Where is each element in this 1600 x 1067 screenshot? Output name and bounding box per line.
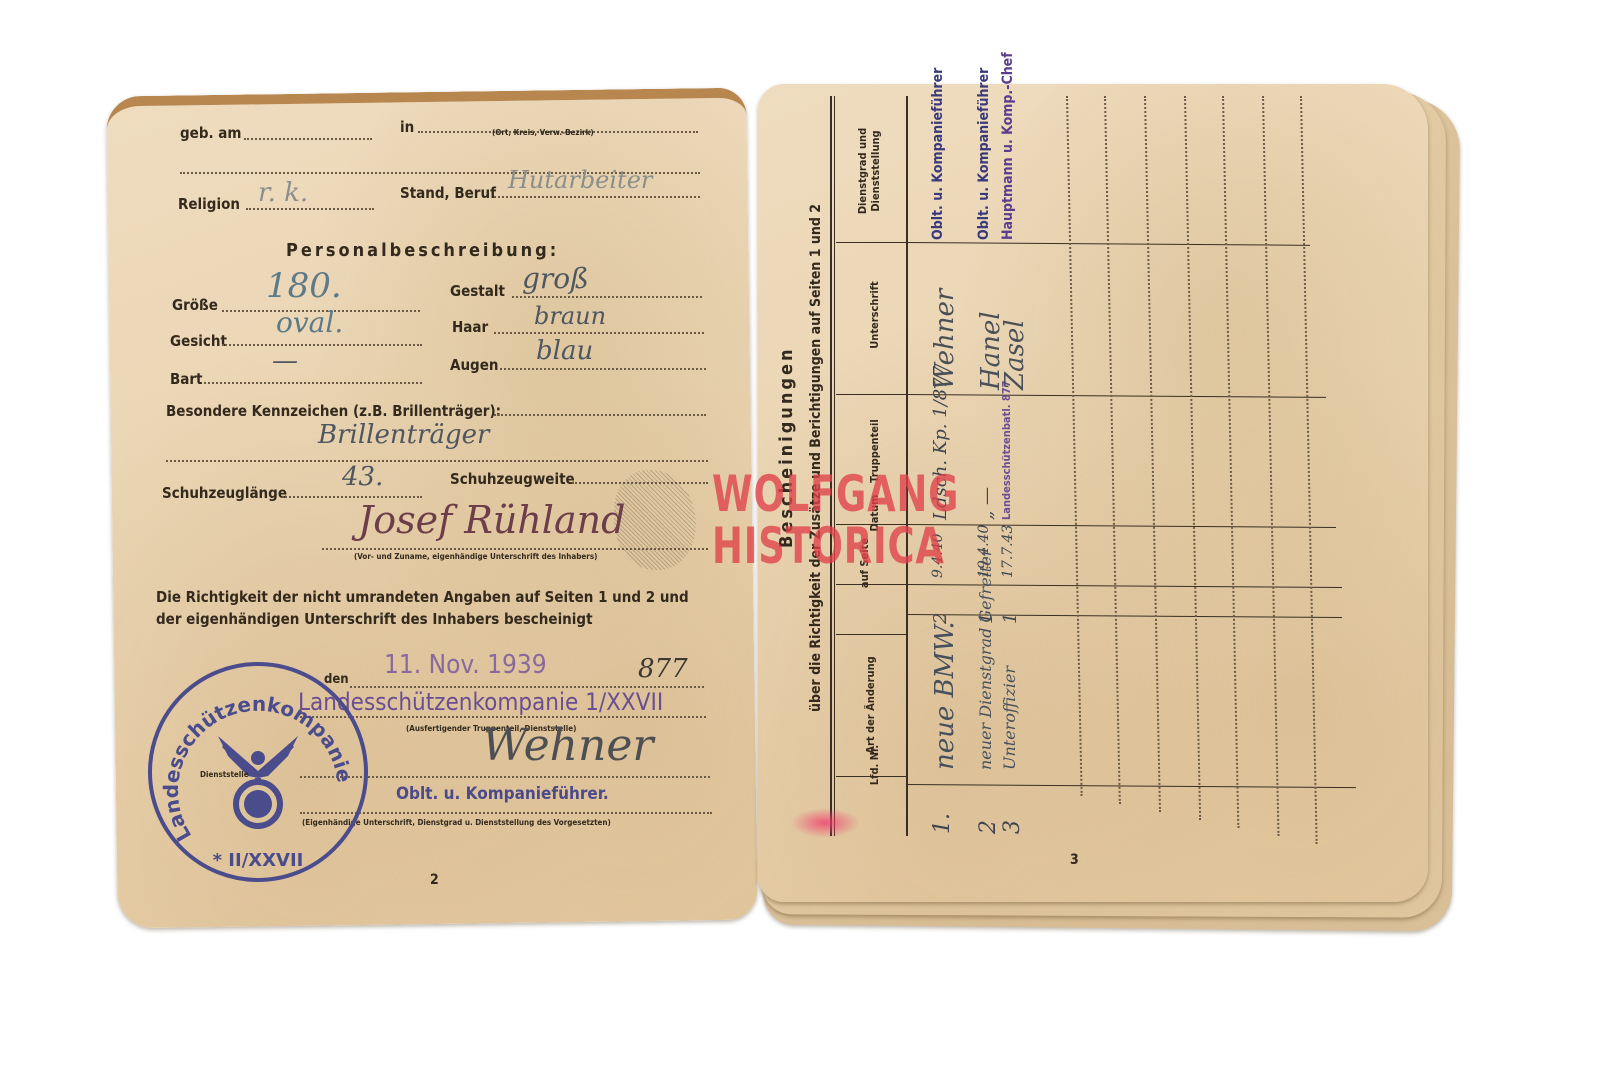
religion-line [246, 208, 374, 210]
hair-value: braun [534, 302, 606, 330]
date-stamp: 11. Nov. 1939 [384, 650, 547, 680]
row-rank: Oblt. u. Kompanieführer [976, 68, 992, 240]
column-header: Dienstgrad und Dienststellung [856, 106, 882, 236]
holder-signature-caption: (Vor- und Zuname, eigenhändige Unterschr… [354, 552, 597, 561]
header-row-divider [836, 584, 906, 585]
round-official-stamp: Landesschützenkompanie * II/XXVII Dienst… [148, 662, 368, 882]
born-on-label: geb. am [180, 124, 241, 142]
marks-label: Besondere Kennzeichen (z.B. Brillenträge… [166, 402, 501, 420]
born-on-line [244, 138, 372, 140]
row-number: 3 [1000, 820, 1025, 834]
shoe-length-value: 43. [342, 462, 383, 492]
occupation-value: Hutarbeiter [508, 166, 652, 194]
beard-value: — [272, 346, 298, 376]
holder-signature-line [322, 548, 708, 550]
stamp-center-text: Dienststelle [200, 770, 249, 779]
certification-text-1: Die Richtigkeit der nicht umrandeten Ang… [156, 588, 689, 606]
build-line [512, 296, 702, 298]
shoe-length-label: Schuhzeuglänge [162, 484, 287, 502]
watermark-line-2: HISTORICA [712, 520, 959, 572]
unit-number-handwritten: 877 [638, 654, 688, 684]
beard-label: Bart [170, 370, 203, 388]
beard-line [204, 382, 422, 384]
row-change: neue BMW. [930, 621, 960, 770]
occupation-label: Stand, Beruf [400, 184, 496, 202]
eyes-label: Augen [450, 356, 498, 374]
row-date: 19.4.40 [976, 525, 992, 578]
svg-text:* II/XXVII: * II/XXVII [213, 850, 304, 871]
marks-value: Brillenträger [318, 420, 489, 450]
height-label: Größe [172, 296, 218, 314]
hair-line [494, 332, 704, 334]
right-page-number: 3 [1070, 852, 1079, 868]
build-value: groß [522, 262, 589, 295]
row-number: 2 [976, 820, 1001, 834]
holder-signature: Josef Rühland [358, 498, 625, 542]
certification-text-2: der eigenhändigen Unterschrift des Inhab… [156, 610, 593, 628]
description-heading: Personalbeschreibung: [286, 240, 559, 261]
row-rank: Hauptmann u. Komp.-Chef [1000, 52, 1016, 240]
certifications-subtitle: über die Richtigkeit der Zusätze und Ber… [808, 204, 824, 712]
height-value: 180. [266, 266, 342, 306]
eyes-line [500, 368, 706, 370]
officer-rank-stamp: Oblt. u. Kompanieführer. [396, 784, 609, 804]
religion-value: r. k. [258, 178, 308, 208]
religion-label: Religion [178, 195, 240, 213]
marks-line-2 [166, 460, 708, 462]
row-page: 1 [976, 613, 997, 624]
shoe-width-label: Schuhzeugweite [450, 470, 575, 488]
column-header: Art der Änderung [864, 640, 877, 770]
pink-ink-smudge [790, 808, 860, 838]
row-signature: Wehner [930, 289, 960, 390]
left-page-number: 2 [430, 872, 439, 888]
row-rank: Oblt. u. Kompanieführer [930, 68, 946, 240]
row-unit: „ — [976, 487, 997, 520]
occupation-line [494, 196, 700, 198]
watermark-line-1: WOLFGANG [712, 468, 959, 520]
row-number: 1. [930, 813, 955, 834]
hair-label: Haar [452, 318, 488, 336]
row-date: 17.7.43 [1000, 525, 1016, 578]
header-row-divider [836, 242, 906, 243]
row-unit: Landesschützenbatl. 877 [1000, 380, 1013, 520]
face-value: oval. [276, 306, 343, 339]
marks-line [494, 414, 706, 416]
face-line [222, 344, 422, 346]
row-change: Unteroffizier [1000, 666, 1019, 770]
row-change: neuer Dienstgrad Gefreiter [976, 549, 995, 770]
watermark: WOLFGANG HISTORICA [712, 468, 959, 572]
row-page: 1 [1000, 613, 1021, 624]
build-label: Gestalt [450, 282, 505, 300]
officer-signature: Wehner [482, 720, 653, 771]
header-row-divider [836, 634, 906, 635]
face-label: Gesicht [170, 332, 227, 350]
row-signature: Zasel [1000, 319, 1030, 390]
column-header: Unterschrift [868, 250, 881, 380]
born-in-label: in [400, 118, 414, 136]
row-page: 2 [930, 613, 951, 624]
eyes-value: blau [536, 336, 593, 366]
born-in-hint: (Ort, Kreis, Verw.-Bezirk) [492, 128, 594, 137]
